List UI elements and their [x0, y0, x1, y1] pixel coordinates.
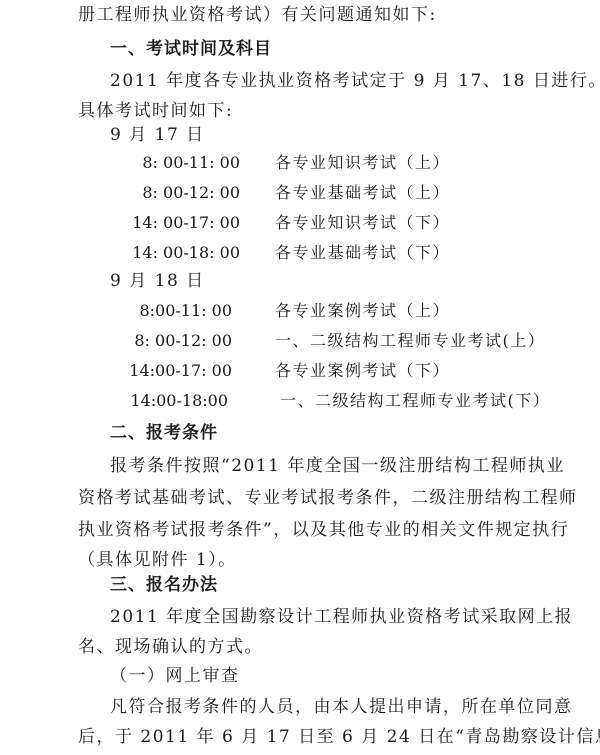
section2-line: （具体见附件 1）。 [78, 549, 237, 571]
day2-date: 9 月 18 日 [110, 270, 205, 292]
schedule-time: 8:00-11: 00 [72, 300, 232, 322]
schedule-subject: 一、二级结构工程师专业考试(下） [280, 390, 550, 412]
schedule-subject: 一、二级结构工程师专业考试(上） [275, 330, 545, 352]
section3-sub1-line: 后，于 2011 年 6 月 17 日至 6 月 24 日在“青岛勘察设计信息 [78, 726, 600, 748]
schedule-time: 14:00-18:00 [68, 390, 228, 412]
section1-para-line2: 具体考试时间如下: [78, 100, 233, 122]
section2-line: 执业资格考试报考条件”，以及其他专业的相关文件规定执行 [78, 519, 569, 541]
section2-line: 资格考试基础考试、专业考试报考条件，二级注册结构工程师 [78, 487, 578, 509]
section3-sub1-heading: （一）网上审查 [110, 665, 240, 687]
schedule-subject: 各专业基础考试（下） [275, 242, 450, 264]
section3-sub1-line: 凡符合报考条件的人员，由本人提出申请，所在单位同意 [110, 696, 573, 718]
schedule-time: 14:00-17: 00 [72, 360, 232, 382]
section3-line: 2011 年度全国勘察设计工程师执业资格考试采取网上报 [110, 606, 573, 628]
schedule-time: 14: 00-17: 00 [80, 212, 240, 234]
schedule-subject: 各专业案例考试（下） [275, 360, 450, 382]
section2-line: 报考条件按照“2011 年度全国一级注册结构工程师执业 [110, 455, 540, 477]
schedule-subject: 各专业知识考试（下） [275, 212, 450, 234]
schedule-time: 8: 00-12: 00 [80, 182, 240, 204]
intro-tail-text: 册工程师执业资格考试）有关问题通知如下: [78, 4, 437, 26]
schedule-subject: 各专业案例考试（上） [275, 300, 450, 322]
schedule-time: 14: 00-18: 00 [80, 242, 240, 264]
section2-heading: 二、报考条件 [110, 422, 218, 444]
schedule-time: 8: 00-11: 00 [80, 152, 240, 174]
schedule-subject: 各专业基础考试（上） [275, 182, 450, 204]
section3-heading: 三、报名办法 [110, 574, 218, 596]
schedule-time: 8: 00-12: 00 [72, 330, 232, 352]
section1-heading: 一、考试时间及科目 [110, 38, 272, 60]
section3-line: 名、现场确认的方式。 [78, 636, 263, 658]
section1-para-line1: 2011 年度各专业执业资格考试定于 9 月 17、18 日进行。 [110, 70, 600, 92]
day1-date: 9 月 17 日 [110, 124, 205, 146]
schedule-subject: 各专业知识考试（上） [275, 152, 450, 174]
